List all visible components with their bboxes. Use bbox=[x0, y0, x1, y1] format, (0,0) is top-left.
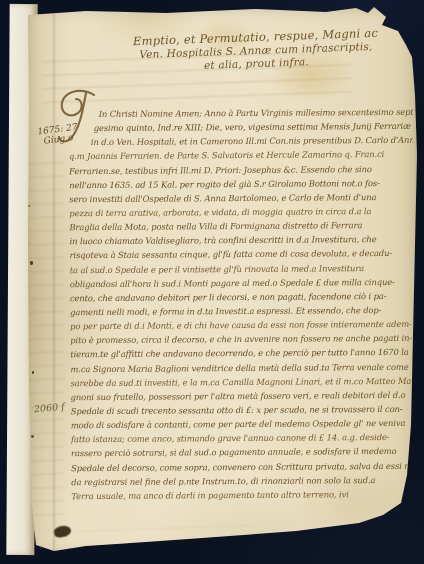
manuscript-line: Terra usuale, ma anco di darli in pagame… bbox=[71, 487, 415, 504]
manuscript-line: da registrarsi nel fine del p.nte Instru… bbox=[71, 472, 415, 489]
bleedthrough-ghost bbox=[28, 155, 64, 520]
manuscript-page: Emptio, et Permutatio, respue, Magni ac … bbox=[26, 5, 418, 559]
ink-speck bbox=[30, 261, 33, 265]
ink-speck bbox=[31, 435, 34, 438]
ink-speck bbox=[28, 205, 30, 207]
ink-speck bbox=[32, 371, 34, 374]
body-text-block: In Christi Nomine Amen; Anno à Partu Vir… bbox=[69, 105, 416, 503]
